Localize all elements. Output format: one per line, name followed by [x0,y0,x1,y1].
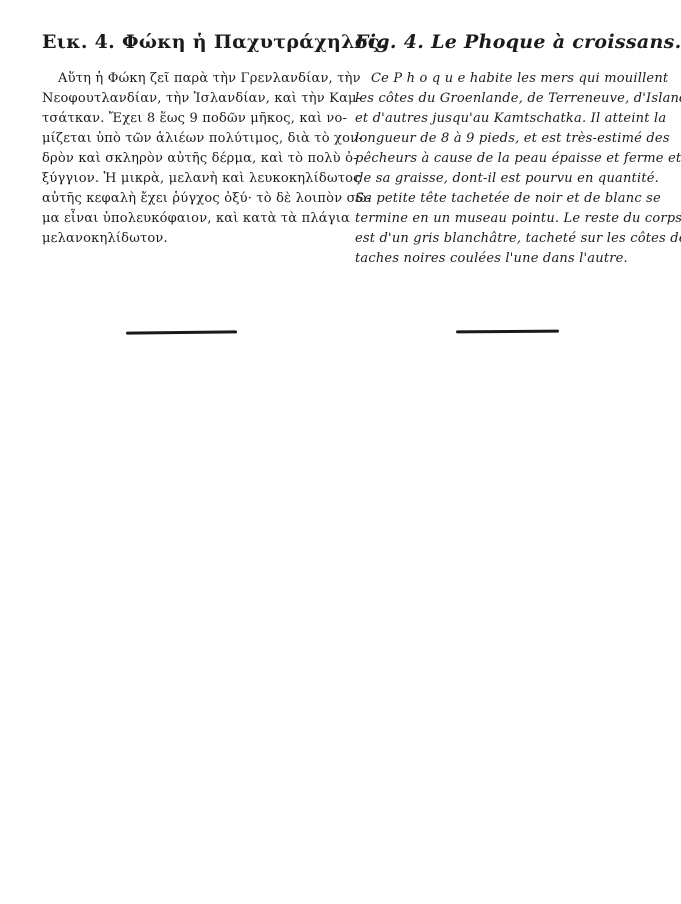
right-section-end-rule [456,330,559,334]
scanned-book-page: Εικ. 4. Φώκη ἡ Παχυτράχηλος. Αὕτη ἡ Φώκη… [0,0,681,904]
french-paragraph: Ce P h o q u e habite les mers qui mouil… [355,69,652,269]
left-section-end-rule [126,330,237,334]
greek-figure-heading: Εικ. 4. Φώκη ἡ Παχυτράχηλος. [42,30,339,54]
two-column-layout: Εικ. 4. Φώκη ἡ Παχυτράχηλος. Αὕτη ἡ Φώκη… [42,30,652,269]
greek-column: Εικ. 4. Φώκη ἡ Παχυτράχηλος. Αὕτη ἡ Φώκη… [42,30,339,269]
french-column: Fig. 4. Le Phoque à croissans. Ce P h o … [355,30,652,269]
greek-paragraph: Αὕτη ἡ Φώκη ζεῖ παρὰ τὴν Γρενλανδίαν, τὴ… [42,69,339,249]
french-figure-heading: Fig. 4. Le Phoque à croissans. [355,30,652,54]
